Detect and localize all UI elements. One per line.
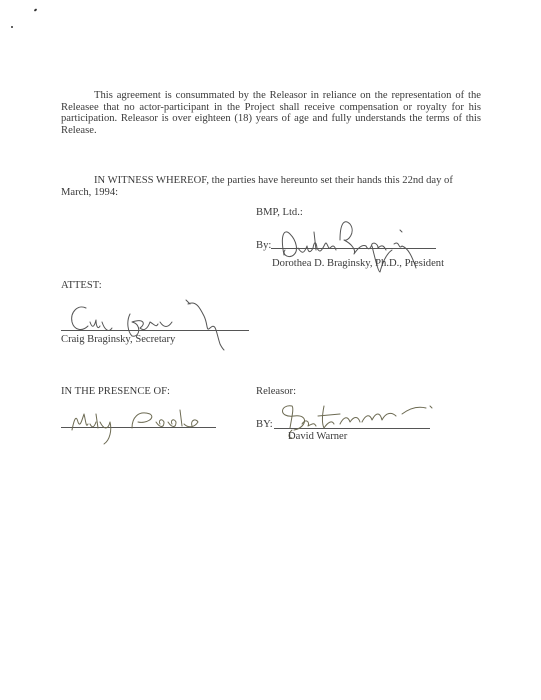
agreement-paragraph-text: This agreement is consummated by the Rel… [61,90,481,136]
secretary-name: Craig Braginsky, Secretary [61,334,175,346]
scan-mark [34,8,38,11]
president-name: Dorothea D. Braginsky, Ph.D., President [272,258,444,270]
signature-craig-braginsky [60,288,260,358]
witness-clause-line-1: IN WITNESS WHEREOF, the parties have her… [94,175,453,187]
agreement-paragraph: This agreement is consummated by the Rel… [61,90,481,136]
releasor-name: David Warner [288,431,347,443]
presence-label: IN THE PRESENCE OF: [61,386,170,398]
scan-mark [11,26,13,28]
releasor-label: Releasor: [256,386,296,398]
signature-marty-poole [60,400,230,450]
witness-clause-line-2: March, 1994: [61,187,118,199]
